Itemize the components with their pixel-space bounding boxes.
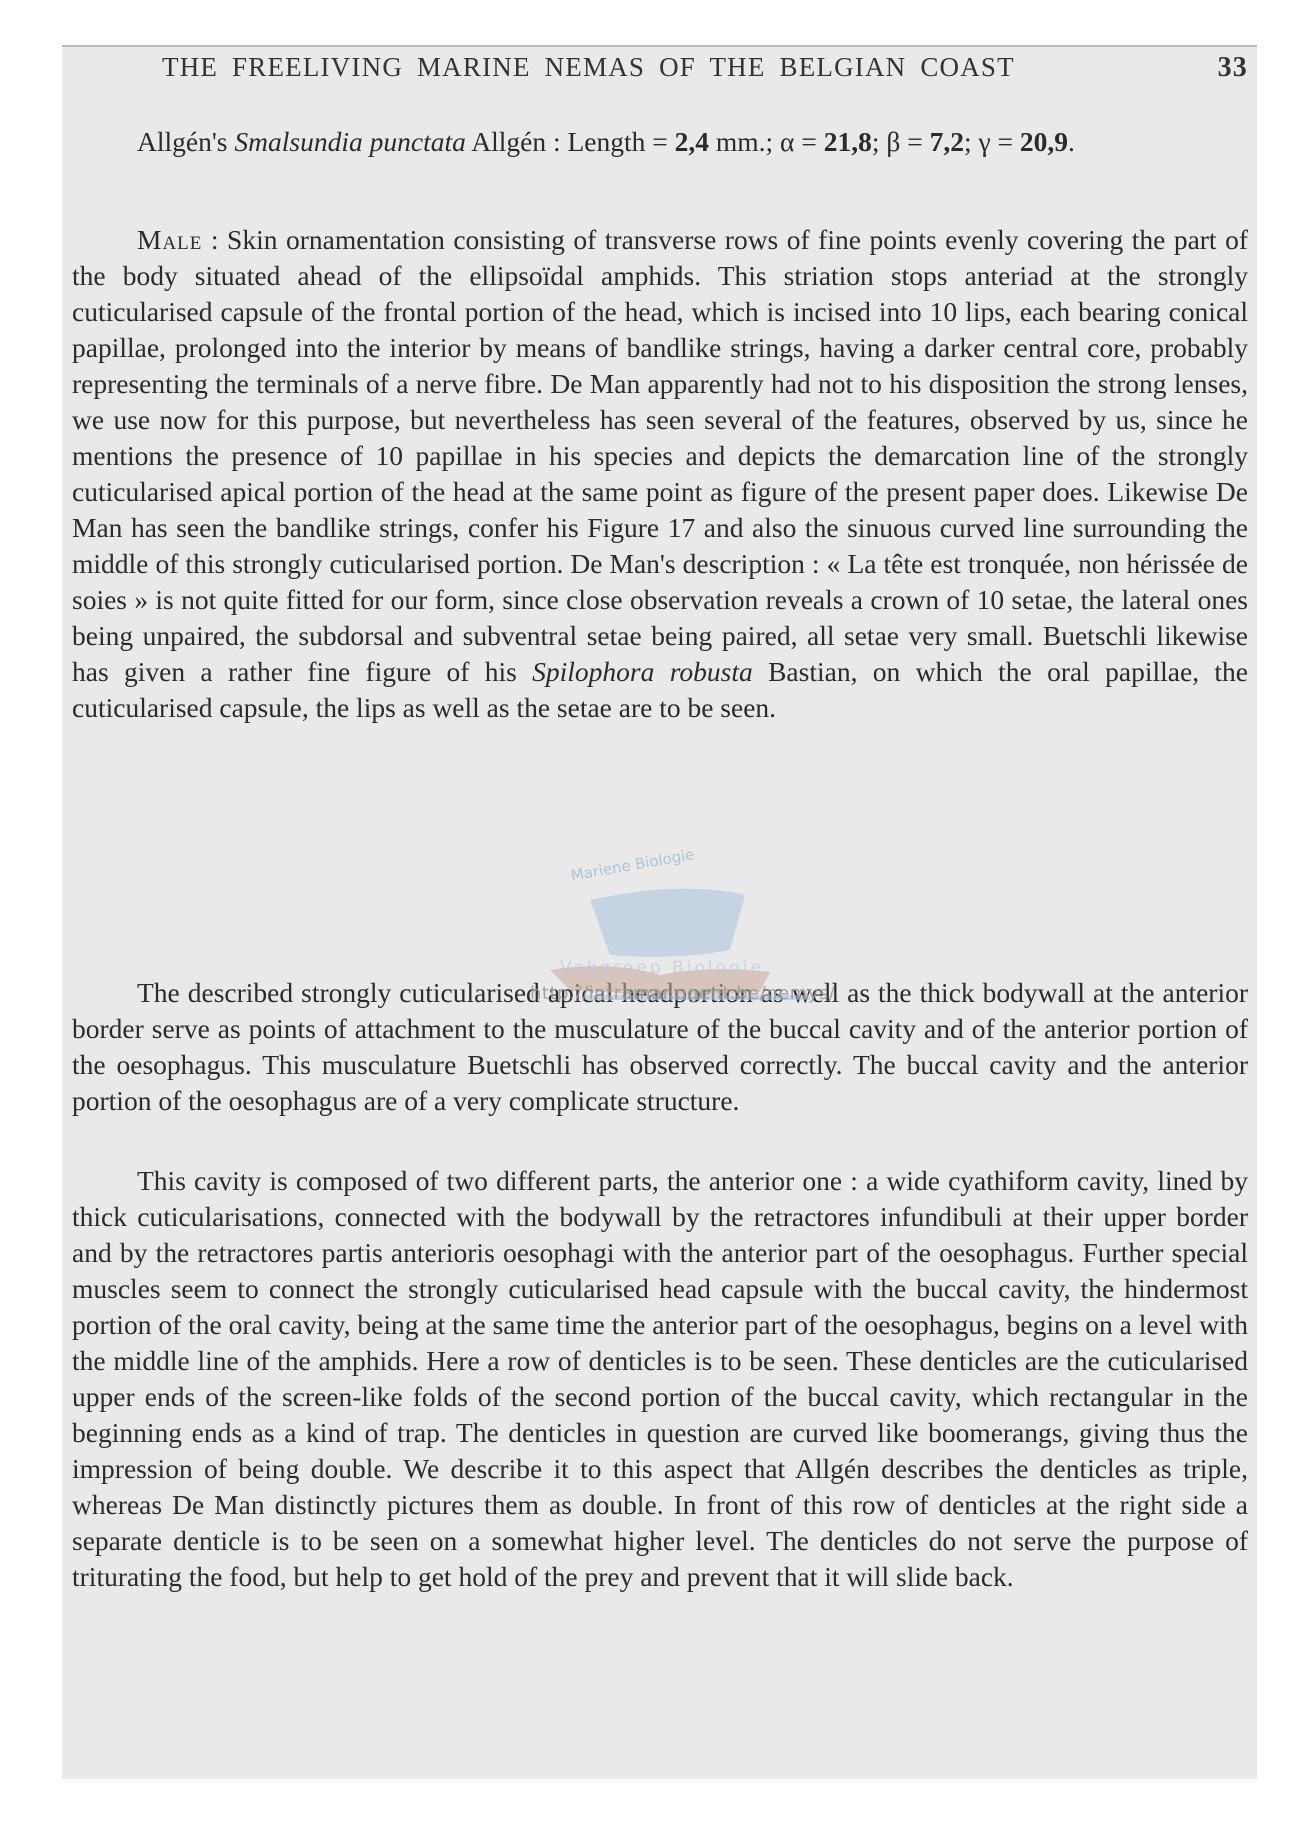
section-lead: Male — [137, 224, 202, 255]
species-name: Smalsundia punctata — [234, 126, 465, 157]
buccal-cavity-paragraph: This cavity is composed of two different… — [72, 1163, 1248, 1595]
measurements-paragraph: Allgén's Smalsundia punctata Allgén : Le… — [72, 124, 1248, 160]
species-name: Spilophora robusta — [532, 656, 753, 687]
watermark-url: http://intramar.ugent.be/nemys/ — [530, 983, 835, 1004]
running-head-title: THE FREELIVING MARINE NEMAS OF THE BELGI… — [162, 52, 1015, 83]
male-description-paragraph: Male : Skin ornamentation consisting of … — [72, 222, 1248, 726]
running-head: THE FREELIVING MARINE NEMAS OF THE BELGI… — [72, 52, 1248, 92]
watermark-bottom-text: Vakgroep Biologie — [560, 958, 764, 978]
page-number: 33 — [1218, 52, 1248, 84]
